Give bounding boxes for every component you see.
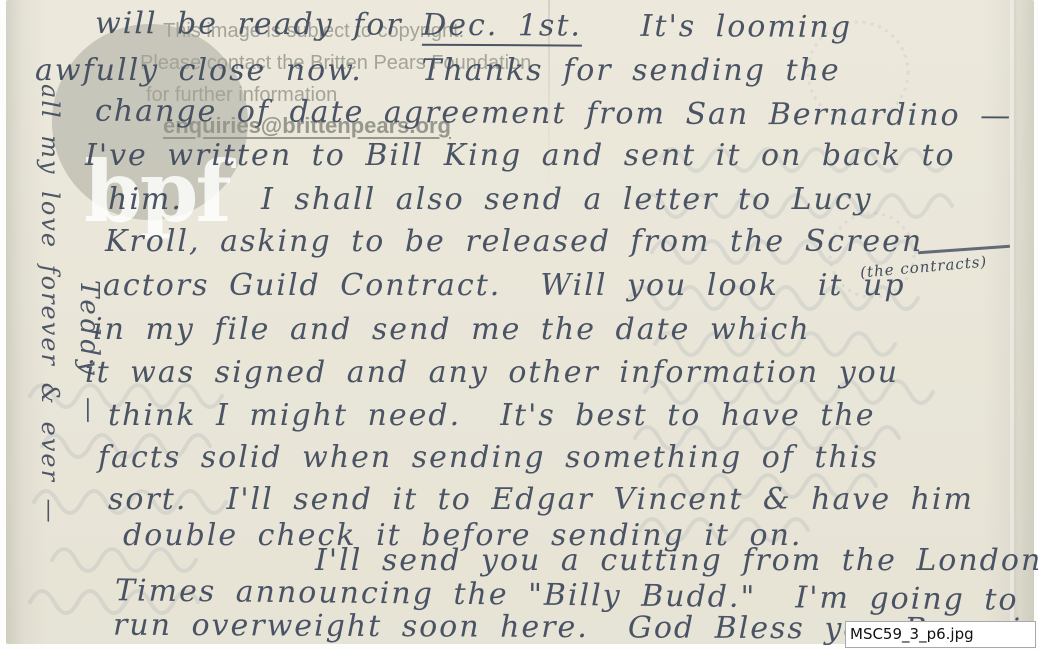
handwritten-line: I'll send you a cutting from the London <box>315 543 1038 578</box>
handwritten-text: It's looming <box>582 9 852 45</box>
handwritten-line: actors Guild Contract. Will you look it … <box>103 268 906 303</box>
scanned-letter-page: bpf This image is subject to copyright. … <box>0 0 1038 650</box>
handwritten-line: change of date agreement from San Bernar… <box>95 94 1012 134</box>
handwritten-line: will be ready for Dec. 1st. It's looming <box>95 6 852 45</box>
handwritten-text: will be ready for <box>95 6 422 43</box>
filename-label: MSC59_3_p6.jpg <box>845 621 1036 648</box>
handwritten-line: in my file and send me the date which <box>93 312 811 347</box>
underlined-date: Dec. 1st. <box>422 8 582 47</box>
handwritten-line: Kroll, asking to be released from the Sc… <box>105 224 923 259</box>
handwritten-line: him. I shall also send a letter to Lucy <box>108 182 873 217</box>
handwritten-line: I've written to Bill King and sent it on… <box>85 138 956 173</box>
handwritten-line: facts solid when sending something of th… <box>98 440 879 475</box>
handwritten-line: sort. I'll send it to Edgar Vincent & ha… <box>108 482 974 517</box>
margin-signature: Teddy — <box>74 280 104 427</box>
handwritten-line: think I might need. It's best to have th… <box>108 398 875 433</box>
margin-farewell-line: all my love forever & ever — <box>36 84 64 525</box>
handwritten-line: it was signed and any other information … <box>85 355 899 390</box>
handwritten-line: awfully close now. Thanks for sending th… <box>35 53 841 88</box>
